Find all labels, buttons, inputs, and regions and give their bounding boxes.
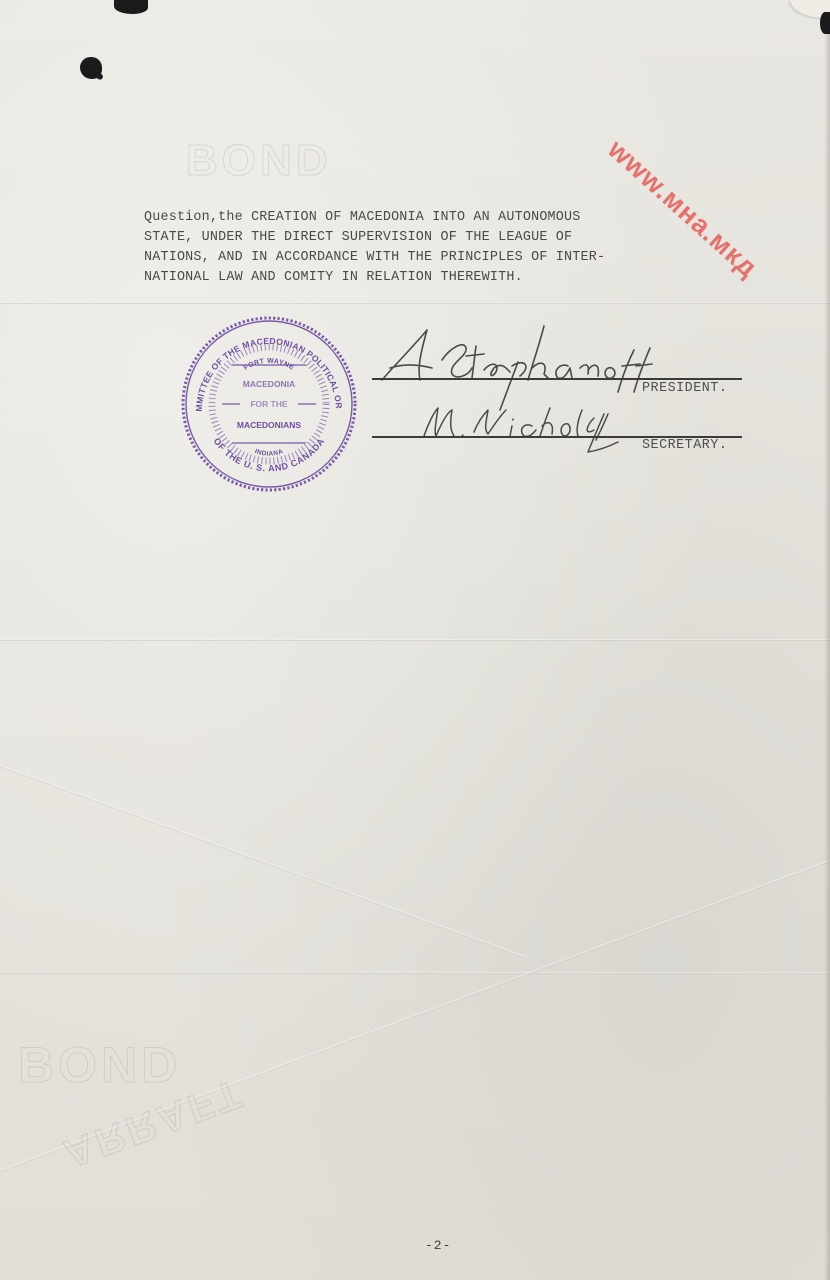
role-label-president: PRESIDENT. bbox=[642, 381, 727, 396]
bleed-through-text: BOND bbox=[186, 136, 332, 186]
bleed-through-text: BOND bbox=[18, 1036, 181, 1094]
body-line: NATIONS, AND IN ACCORDANCE WITH THE PRIN… bbox=[144, 248, 605, 268]
page-number: -2- bbox=[425, 1238, 451, 1253]
svg-text:INDIANA: INDIANA bbox=[254, 448, 285, 458]
body-line: STATE, UNDER THE DIRECT SUPERVISION OF T… bbox=[144, 228, 605, 248]
document-page: BOND BOND ARRAFT www.мна.мкд Question,th… bbox=[0, 0, 830, 1280]
organization-seal: CENTRAL COMMITTEE OF THE MACEDONIAN POLI… bbox=[180, 315, 358, 493]
svg-text:MACEDONIA: MACEDONIA bbox=[243, 379, 295, 389]
diagonal-crease bbox=[0, 765, 526, 958]
watermark: www.мна.мкд bbox=[602, 134, 764, 284]
punch-hole bbox=[80, 57, 102, 79]
fold-line bbox=[0, 302, 830, 304]
signature-line bbox=[372, 378, 742, 380]
fold-line bbox=[0, 639, 830, 641]
paper-edge-shadow bbox=[824, 0, 830, 1280]
body-line: Question,the CREATION OF MACEDONIA INTO … bbox=[144, 208, 605, 228]
corner-damage bbox=[820, 12, 830, 34]
svg-text:FORT WAYNE: FORT WAYNE bbox=[243, 358, 296, 372]
svg-text:MACEDONIANS: MACEDONIANS bbox=[237, 420, 302, 430]
torn-hole bbox=[114, 0, 148, 14]
body-paragraph: Question,the CREATION OF MACEDONIA INTO … bbox=[144, 208, 605, 288]
body-line: NATIONAL LAW AND COMITY IN RELATION THER… bbox=[144, 268, 605, 288]
signature-block: PRESIDENT. SECRETARY. bbox=[372, 318, 752, 468]
seal-icon: CENTRAL COMMITTEE OF THE MACEDONIAN POLI… bbox=[180, 315, 358, 493]
svg-text:FOR THE: FOR THE bbox=[250, 399, 288, 409]
role-label-secretary: SECRETARY. bbox=[642, 438, 727, 453]
fold-line bbox=[0, 972, 830, 974]
